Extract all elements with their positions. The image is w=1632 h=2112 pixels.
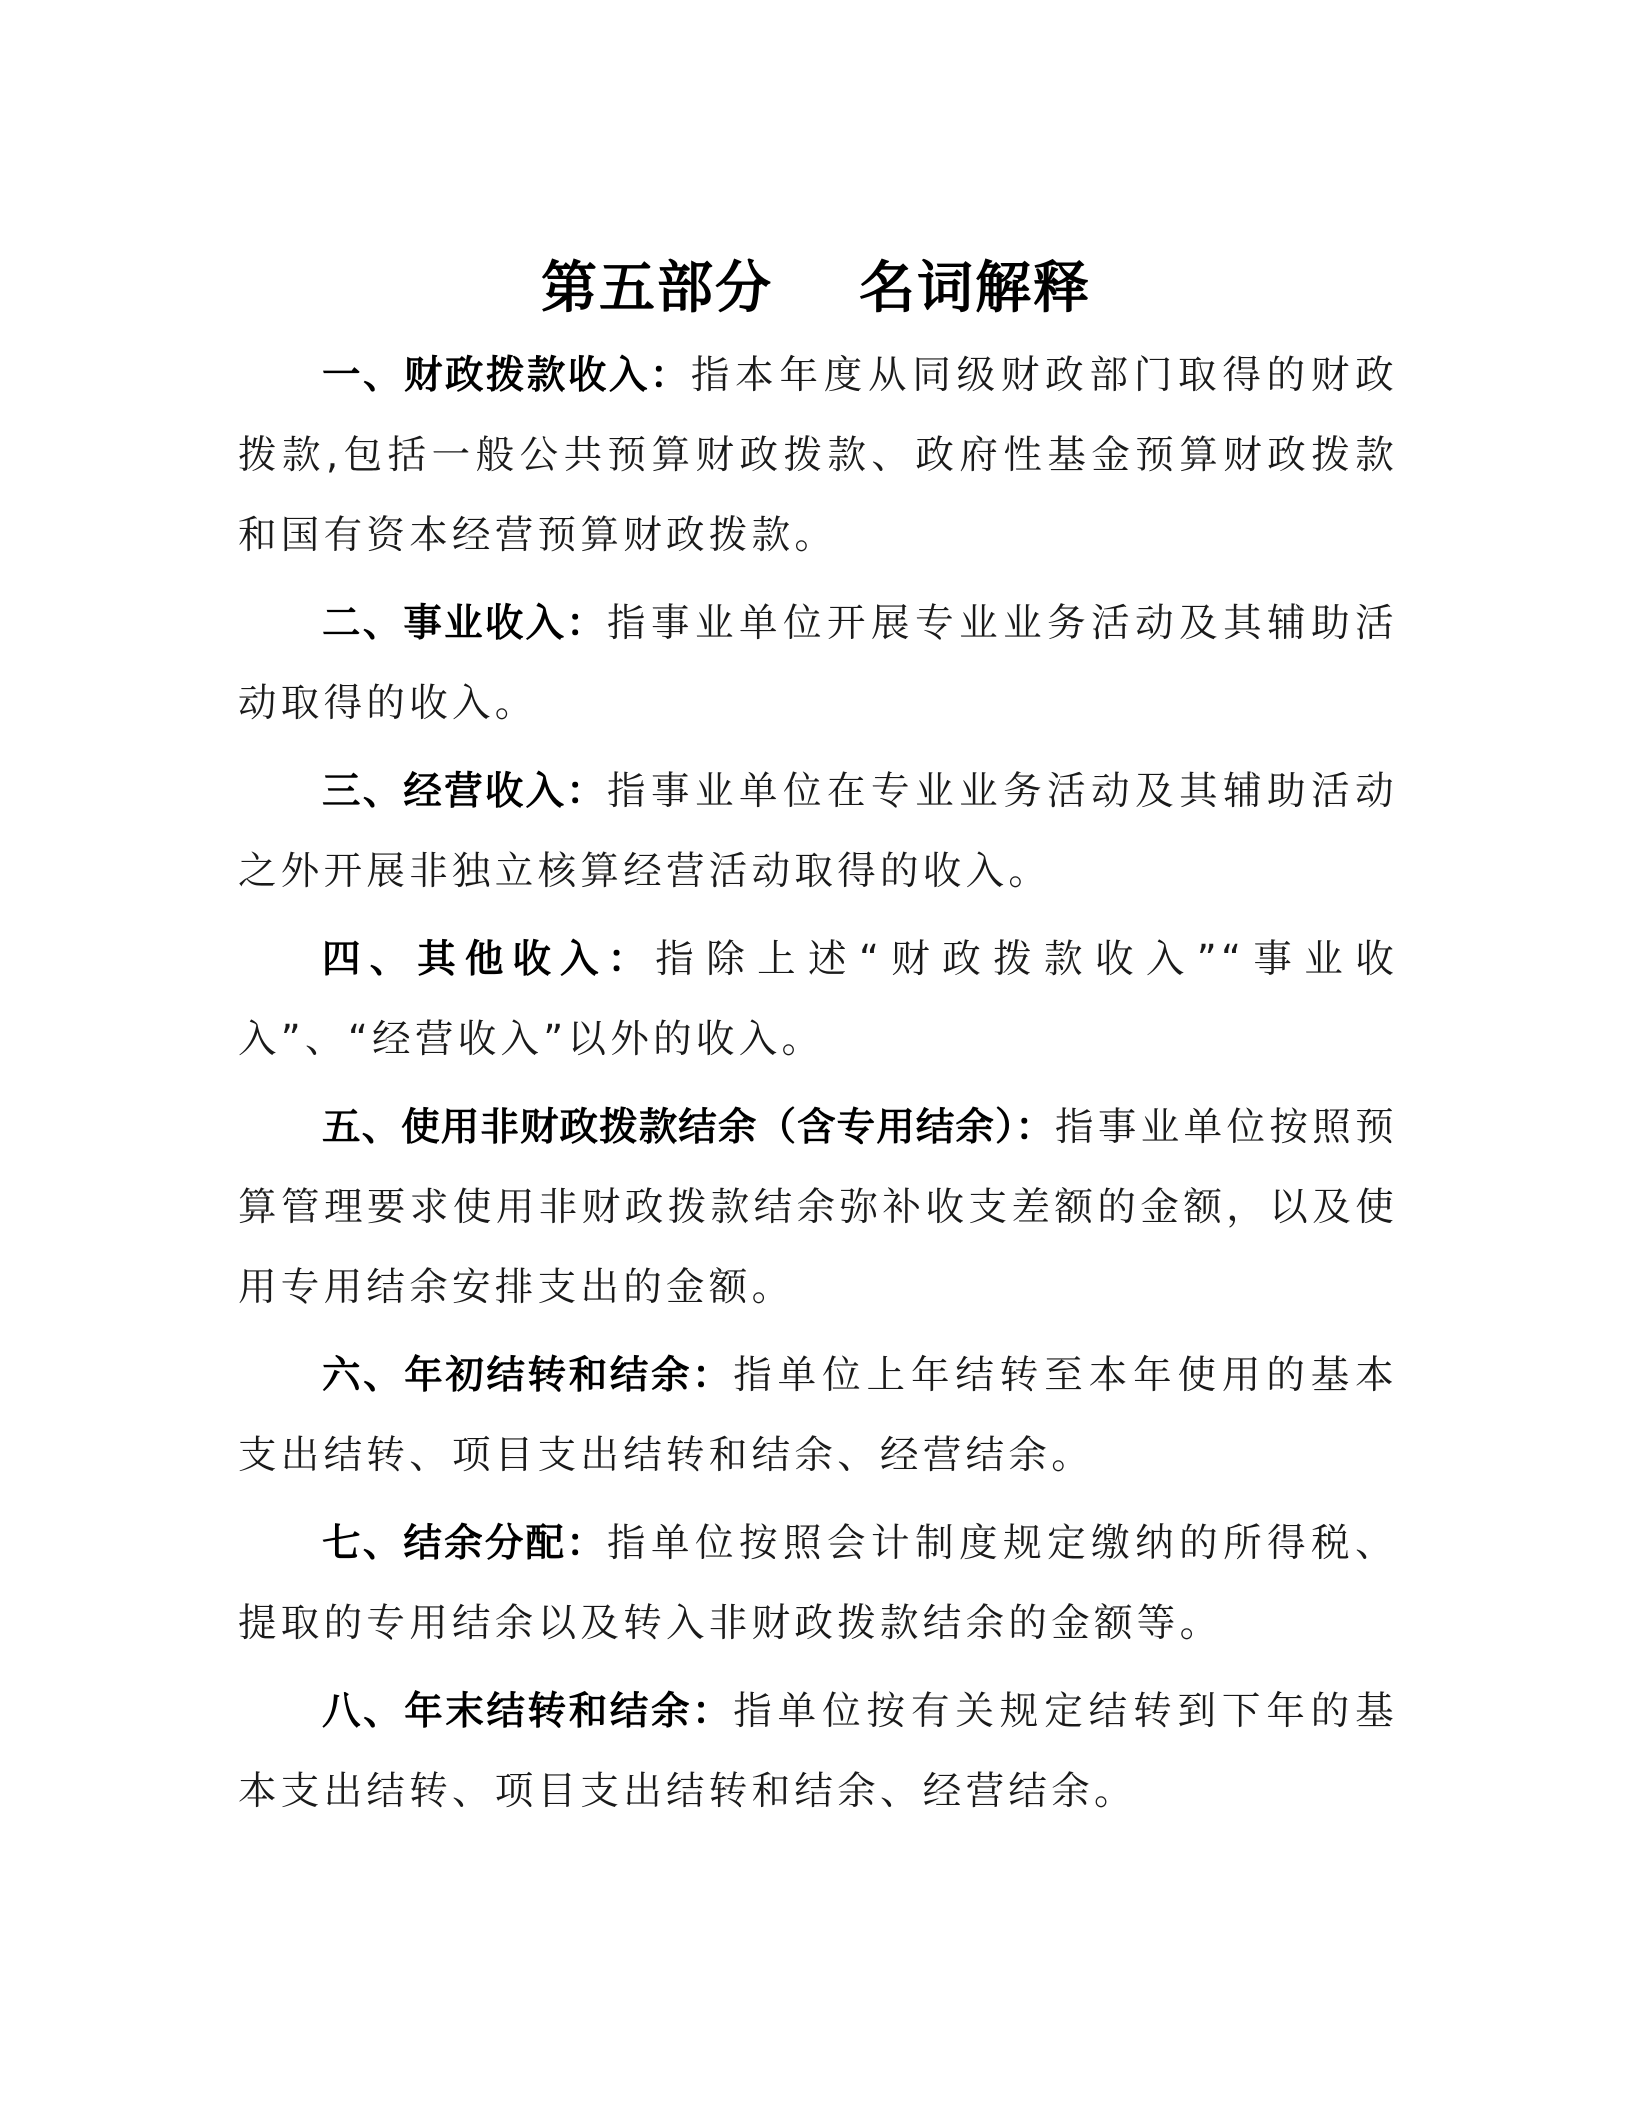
glossary-entry-6: 六、年初结转和结余：指单位上年结转至本年使用的基本支出结转、项目支出结转和结余、… [238, 1336, 1398, 1496]
glossary-entry-5: 五、使用非财政拨款结余（含专用结余）：指事业单位按照预算管理要求使用非财政拨款结… [238, 1088, 1398, 1328]
glossary-body: 一、财政拨款收入：指本年度从同级财政部门取得的财政拨款,包括一般公共预算财政拨款… [238, 336, 1398, 1840]
entry-term: 八、年末结转和结余： [322, 1689, 733, 1734]
entry-term: 六、年初结转和结余： [322, 1353, 733, 1398]
entry-term: 七、结余分配： [322, 1521, 607, 1566]
entry-term: 三、经营收入： [322, 769, 607, 814]
glossary-entry-1: 一、财政拨款收入：指本年度从同级财政部门取得的财政拨款,包括一般公共预算财政拨款… [238, 336, 1398, 576]
page-title: 第五部分 名词解释 [0, 248, 1632, 328]
glossary-entry-2: 二、事业收入：指事业单位开展专业业务活动及其辅助活动取得的收入。 [238, 584, 1398, 744]
entry-term: 四、其他收入： [322, 937, 655, 982]
glossary-entry-4: 四、其他收入：指除上述“财政拨款收入”“事业收入”、“经营收入”以外的收入。 [238, 920, 1398, 1080]
glossary-entry-3: 三、经营收入：指事业单位在专业业务活动及其辅助活动之外开展非独立核算经营活动取得… [238, 752, 1398, 912]
document-page: 第五部分 名词解释 一、财政拨款收入：指本年度从同级财政部门取得的财政拨款,包括… [0, 0, 1632, 2112]
entry-term: 一、财政拨款收入： [322, 353, 691, 398]
entry-term: 二、事业收入： [322, 601, 607, 646]
glossary-entry-8: 八、年末结转和结余：指单位按有关规定结转到下年的基本支出结转、项目支出结转和结余… [238, 1672, 1398, 1832]
entry-term: 五、使用非财政拨款结余（含专用结余）： [322, 1105, 1055, 1150]
glossary-entry-7: 七、结余分配：指单位按照会计制度规定缴纳的所得税、提取的专用结余以及转入非财政拨… [238, 1504, 1398, 1664]
